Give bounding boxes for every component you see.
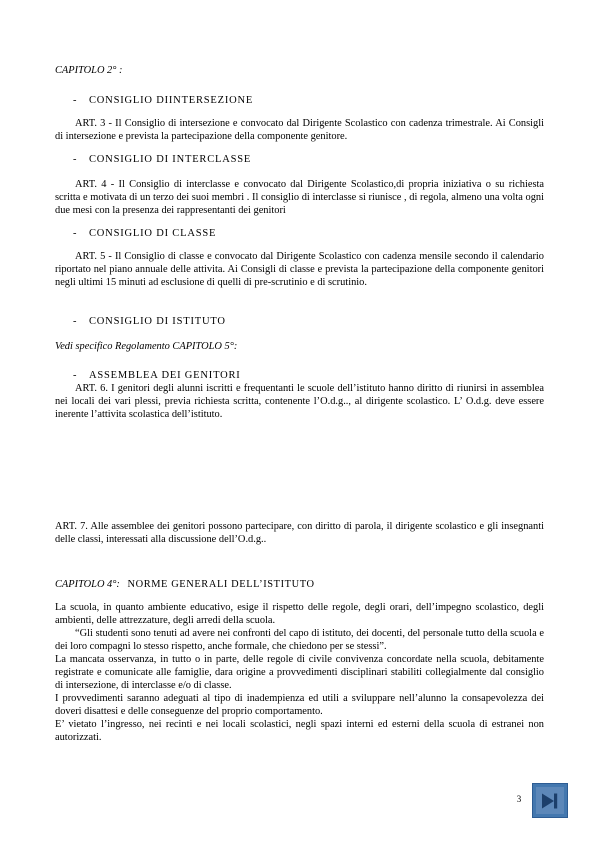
chapter-4-paragraph: I provvedimenti saranno adeguati al tipo… xyxy=(55,692,544,718)
bullet-consiglio-istituto: - CONSIGLIO DI ISTITUTO xyxy=(73,315,544,328)
chapter-2-title: CAPITOLO 2° : xyxy=(55,64,544,77)
document-content: CAPITOLO 2° : - CONSIGLIO DIINTERSEZIONE… xyxy=(55,64,544,744)
chapter-4-title-number: CAPITOLO 4°: xyxy=(55,579,120,590)
bullet-consiglio-classe: - CONSIGLIO DI CLASSE xyxy=(73,227,544,240)
bullet-assemblea-genitori: - ASSEMBLEA DEI GENITORI xyxy=(73,369,544,382)
article-4: ART. 4 - Il Consiglio di interclasse e c… xyxy=(55,178,544,217)
bullet-dash: - xyxy=(73,94,89,107)
bullet-label: ASSEMBLEA DEI GENITORI xyxy=(89,369,241,382)
chapter-4-paragraph: E’ vietato l’ingresso, nei recinti e nei… xyxy=(55,718,544,744)
bullet-dash: - xyxy=(73,369,89,382)
chapter-4-title-text: NORME GENERALI DELL’ISTITUTO xyxy=(127,579,314,590)
article-5: ART. 5 - Il Consiglio di classe e convoc… xyxy=(55,250,544,289)
chapter-4-paragraph: La mancata osservanza, in tutto o in par… xyxy=(55,653,544,692)
document-page: CAPITOLO 2° : - CONSIGLIO DIINTERSEZIONE… xyxy=(0,0,595,842)
bullet-label: CONSIGLIO DI INTERCLASSE xyxy=(89,153,251,166)
bullet-label: CONSIGLIO DI ISTITUTO xyxy=(89,315,226,328)
bullet-dash: - xyxy=(73,227,89,240)
chapter-4-paragraph-quote: “Gli studenti sono tenuti ad avere nei c… xyxy=(55,627,544,653)
bullet-dash: - xyxy=(73,315,89,328)
next-page-button[interactable] xyxy=(533,784,567,817)
bullet-label: CONSIGLIO DIINTERSEZIONE xyxy=(89,94,253,107)
chapter-4-paragraph: La scuola, in quanto ambiente educativo,… xyxy=(55,601,544,627)
chapter-4-title: CAPITOLO 4°: NORME GENERALI DELL’ISTITUT… xyxy=(55,578,544,591)
regolamento-reference-note: Vedi specifico Regolamento CAPITOLO 5°: xyxy=(55,340,544,353)
skip-to-last-page-icon xyxy=(539,790,561,812)
bullet-consiglio-intersezione: - CONSIGLIO DIINTERSEZIONE xyxy=(73,94,544,107)
bullet-consiglio-interclasse: - CONSIGLIO DI INTERCLASSE xyxy=(73,153,544,166)
chapter-4-body: La scuola, in quanto ambiente educativo,… xyxy=(55,601,544,744)
article-6: ART. 6. I genitori degli alunni iscritti… xyxy=(55,382,544,421)
article-7: ART. 7. Alle assemblee dei genitori poss… xyxy=(55,520,544,546)
bullet-dash: - xyxy=(73,153,89,166)
article-3: ART. 3 - Il Consiglio di intersezione e … xyxy=(55,117,544,143)
bullet-label: CONSIGLIO DI CLASSE xyxy=(89,227,216,240)
page-number: 3 xyxy=(510,794,528,804)
